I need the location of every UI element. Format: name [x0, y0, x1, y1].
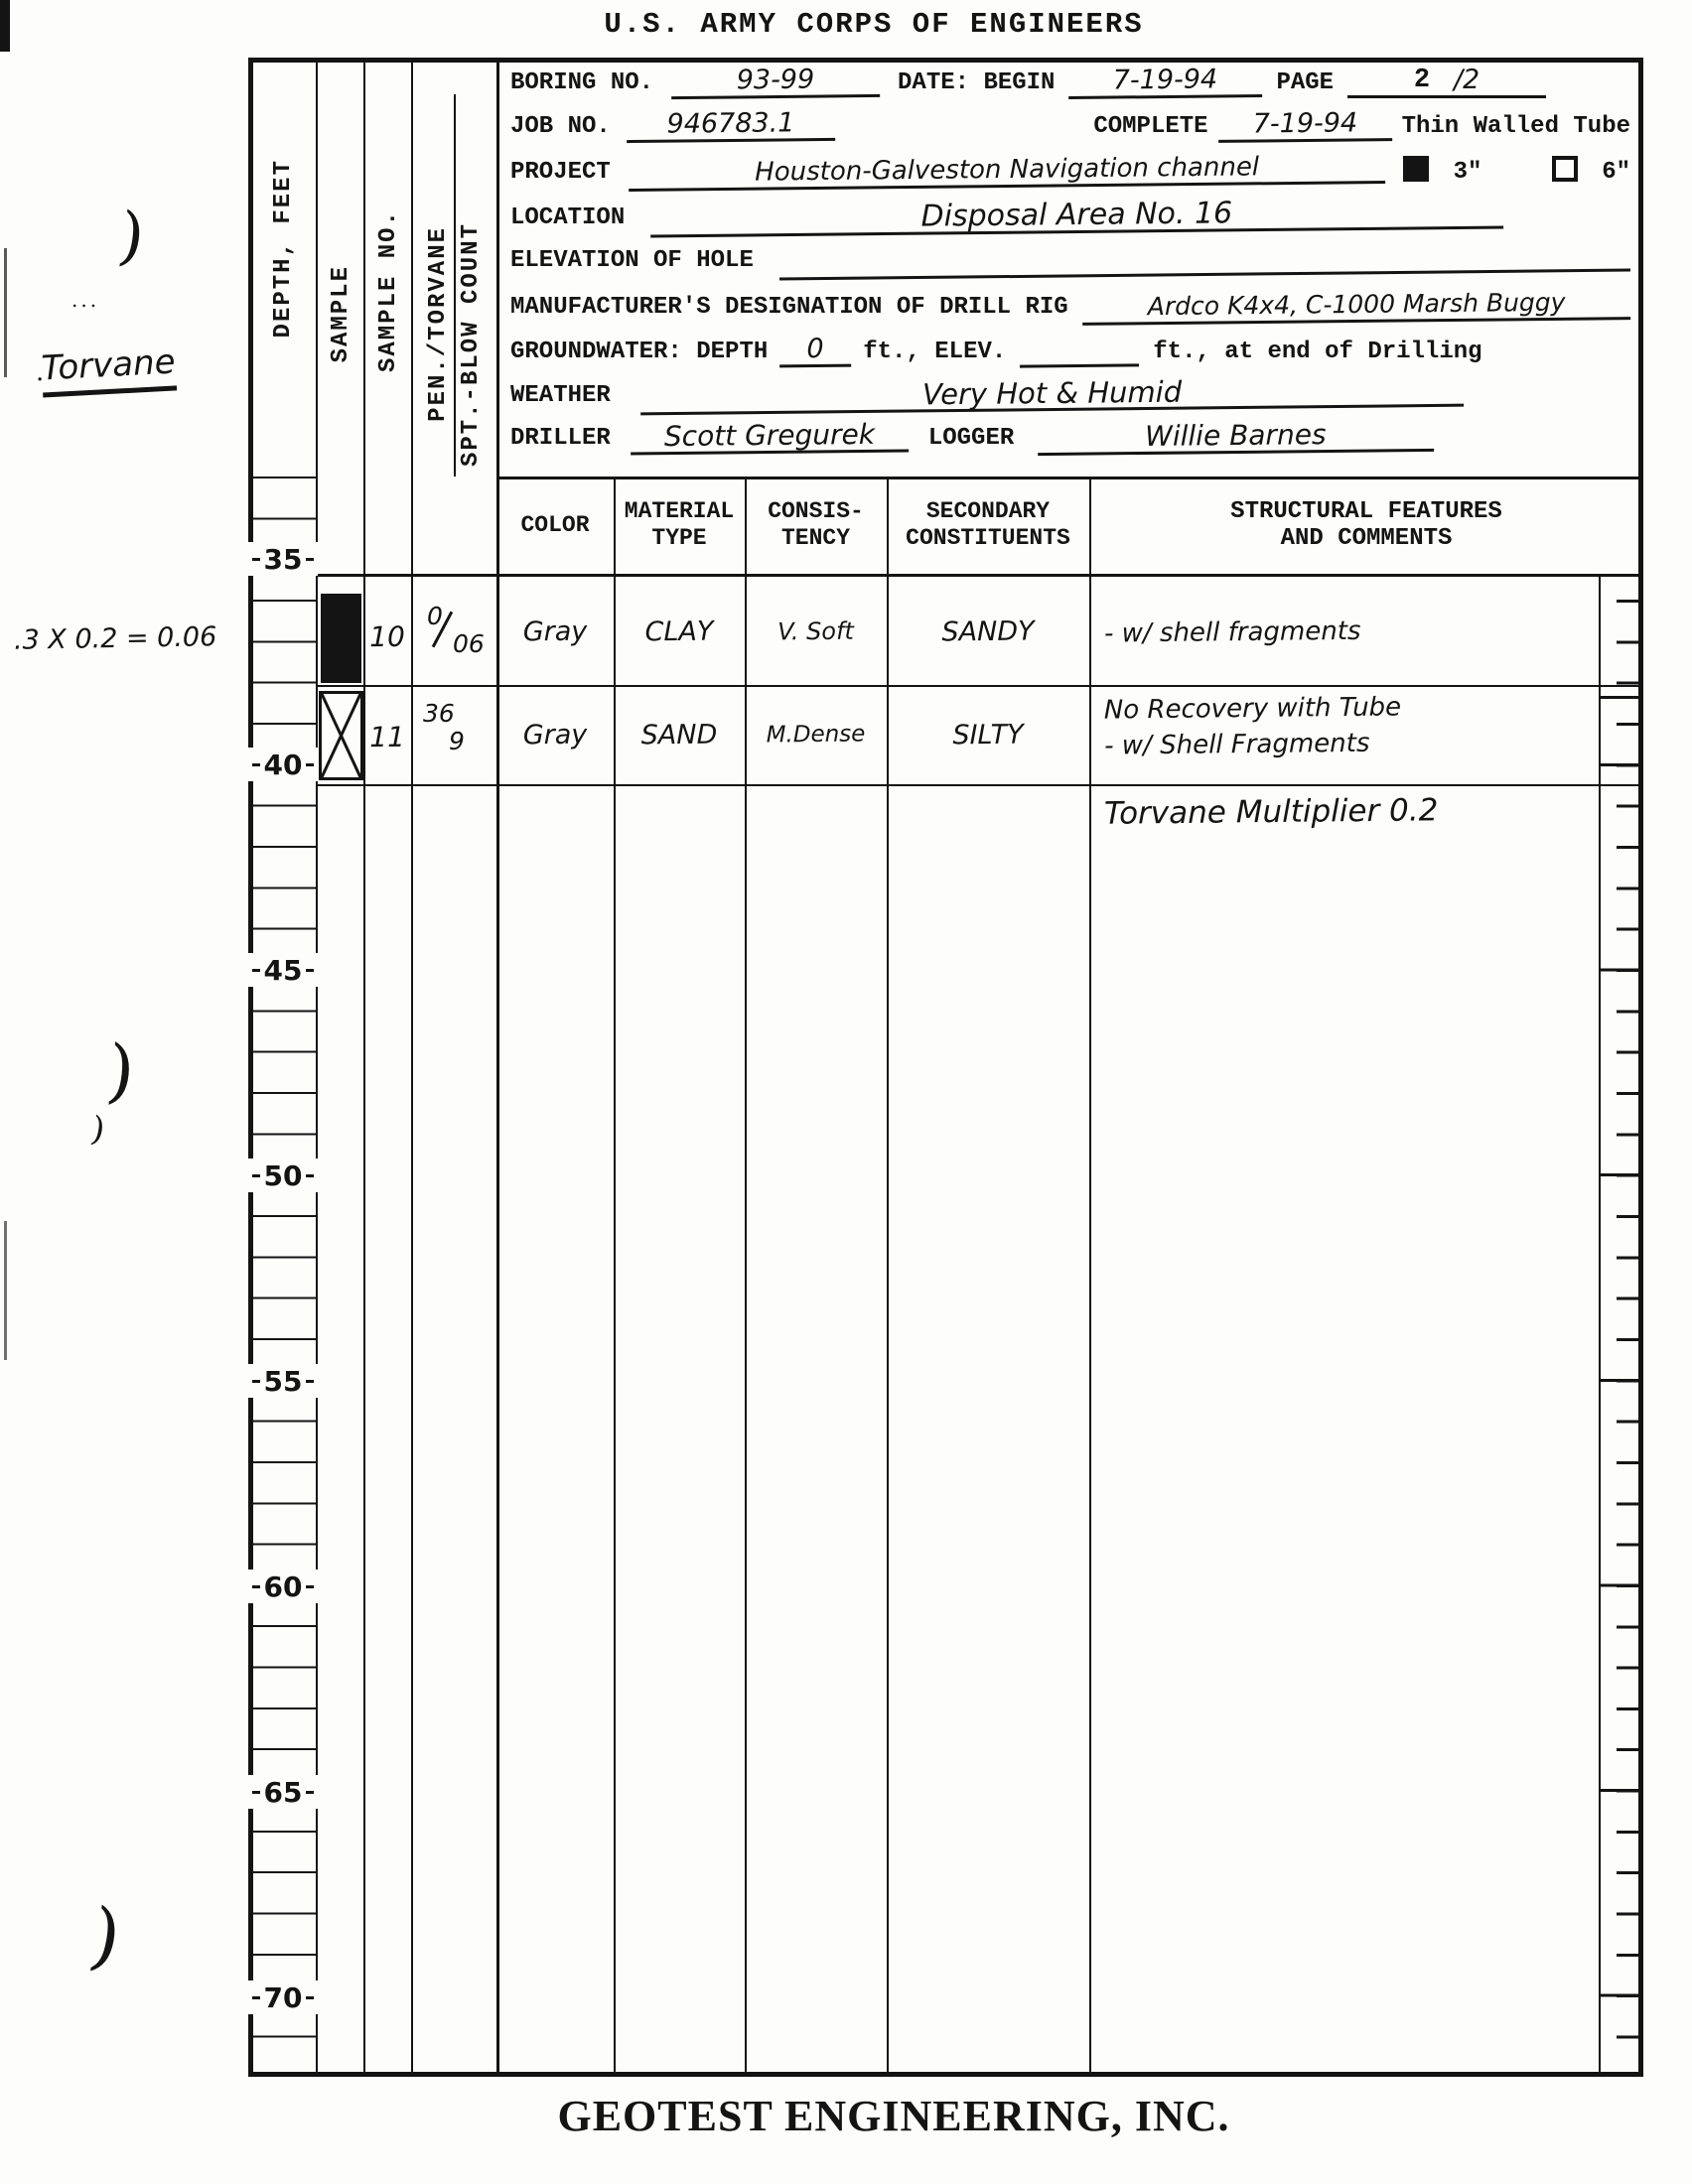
grid-line — [316, 574, 1643, 577]
thin-walled-tube-label: Thin Walled Tube — [1402, 112, 1630, 142]
depth-label-70: 70 — [248, 1980, 318, 2014]
header-material-type: MATERIAL TYPE — [614, 478, 745, 572]
form-line-elevation: ELEVATION OF HOLE — [510, 246, 1630, 276]
sample-label: SAMPLE — [328, 265, 354, 362]
torvane-multiplier-note: Torvane Multiplier 0.2 — [1104, 792, 1439, 832]
margin-torvane-note: Torvane — [41, 342, 177, 398]
boring-no-value: 93-99 — [671, 65, 880, 99]
date-begin-label: DATE: BEGIN — [898, 68, 1055, 98]
tube-3in-label: 3" — [1454, 159, 1482, 186]
depth-feet-label: DEPTH, FEET — [270, 159, 297, 338]
margin-paren-mark: ) — [84, 1892, 127, 1981]
cross-icon — [322, 694, 360, 777]
header-secondary-constituents: SECONDARY CONSTITUENTS — [887, 478, 1089, 572]
scan-edge-artifact — [4, 1221, 7, 1360]
secondary-row1: SANDY — [887, 583, 1090, 680]
groundwater-elev-label: ft., ELEV. — [863, 338, 1006, 367]
margin-paren-mark: ) — [103, 1029, 139, 1113]
depth-ruler — [1599, 574, 1643, 2077]
project-value: Houston-Galveston Navigation channel — [629, 151, 1386, 192]
column-sample-no: SAMPLE NO. — [365, 60, 411, 477]
depth-label-40: 40 — [248, 748, 318, 781]
header-color: COLOR — [496, 478, 614, 572]
spt-blow-count-label: SPT.-BLOW COUNT — [458, 222, 485, 467]
tube-6in-checkbox — [1552, 156, 1578, 182]
grid-line — [496, 58, 499, 2077]
margin-paren-mark-small: ) — [88, 1109, 108, 1151]
groundwater-elev-value — [1020, 363, 1139, 367]
tube-size-options: 3" 6" — [1403, 156, 1630, 188]
grid-line — [316, 784, 1643, 786]
job-no-value: 946783.1 — [627, 108, 835, 143]
form-line-job: JOB NO. 946783.1 COMPLETE 7-19-94 Thin W… — [510, 109, 1630, 142]
pen-spt-divider — [454, 94, 456, 477]
color-row2: Gray — [496, 686, 615, 782]
weather-label: WEATHER — [510, 381, 611, 411]
header-structural-features: STRUCTURAL FEATURES AND COMMENTS — [1089, 478, 1643, 572]
page-title: U.S. ARMY CORPS OF ENGINEERS — [477, 8, 1271, 41]
sample-symbol-no-recovery-row2 — [319, 691, 363, 780]
rig-value: Ardco K4x4, C-1000 Marsh Buggy — [1082, 287, 1631, 326]
weather-value: Very Hot & Humid — [640, 374, 1464, 416]
margin-paren-mark: ) — [114, 200, 149, 276]
tube-6in-label: 6" — [1602, 159, 1630, 186]
groundwater-label: GROUNDWATER: DEPTH — [510, 338, 768, 367]
logger-value: Willie Barnes — [1038, 419, 1434, 456]
form-line-location: LOCATION Disposal Area No. 16 — [510, 201, 1503, 233]
depth-label-45: 45 — [248, 953, 318, 987]
depth-label-65: 65 — [248, 1775, 318, 1809]
groundwater-depth-value: 0 — [779, 335, 851, 368]
page-value: 2 /2 — [1347, 66, 1546, 98]
column-depth-feet: DEPTH, FEET — [250, 60, 316, 477]
tube-3in-checkbox-checked — [1403, 156, 1429, 182]
complete-value: 7-19-94 — [1217, 108, 1391, 143]
depth-label-35: 35 — [248, 542, 318, 576]
page-label: PAGE — [1276, 68, 1334, 98]
header-consistency: CONSIS- TENCY — [745, 478, 887, 572]
sample-no-row2: 11 — [363, 691, 412, 782]
sample-symbol-tube-row1 — [321, 594, 361, 683]
consistency-row1: V. Soft — [745, 583, 888, 679]
groundwater-end-label: ft., at end of Drilling — [1153, 338, 1481, 367]
form-line-boring: BORING NO. 93-99 DATE: BEGIN 7-19-94 PAG… — [510, 66, 1630, 98]
ruler-ticks — [1617, 574, 1643, 2077]
form-line-project: PROJECT Houston-Galveston Navigation cha… — [510, 155, 1630, 188]
depth-label-60: 60 — [248, 1570, 318, 1603]
depth-ladder — [248, 477, 318, 2077]
column-pen-spt: PEN./TORVANE SPT.-BLOW COUNT — [413, 60, 496, 477]
elevation-label: ELEVATION OF HOLE — [510, 246, 754, 276]
boring-log-page: U.S. ARMY CORPS OF ENGINEERS DEPTH, FEET… — [0, 0, 1692, 2184]
margin-dot-mark: . — [36, 357, 44, 387]
rig-label: MANUFACTURER'S DESIGNATION OF DRILL RIG — [510, 293, 1068, 323]
form-line-driller: DRILLER Scott Gregurek LOGGER Willie Bar… — [510, 421, 1434, 454]
boring-no-label: BORING NO. — [510, 68, 653, 98]
margin-calc-note: .3 X 0.2 = 0.06 — [14, 621, 217, 656]
project-label: PROJECT — [510, 158, 611, 188]
material-row2: SAND — [614, 686, 746, 782]
sample-no-row1: 10 — [363, 591, 412, 682]
secondary-row2: SILTY — [887, 686, 1090, 783]
form-line-weather: WEATHER Very Hot & Humid — [510, 378, 1464, 411]
company-footer: GEOTEST ENGINEERING, INC. — [447, 2091, 1340, 2141]
scan-edge-artifact — [0, 0, 10, 52]
color-row1: Gray — [496, 583, 615, 679]
comments-row2: No Recovery with Tube - w/ Shell Fragmen… — [1104, 689, 1402, 763]
logger-label: LOGGER — [928, 424, 1014, 454]
depth-label-50: 50 — [248, 1159, 318, 1192]
driller-label: DRILLER — [510, 424, 611, 454]
location-label: LOCATION — [510, 204, 625, 233]
comments-row1: - w/ shell fragments — [1104, 581, 1582, 681]
grid-line — [1089, 477, 1091, 2077]
location-value: Disposal Area No. 16 — [650, 197, 1503, 238]
date-begin-value: 7-19-94 — [1068, 65, 1262, 99]
job-no-label: JOB NO. — [510, 112, 611, 142]
complete-label: COMPLETE — [1093, 112, 1207, 142]
form-line-rig: MANUFACTURER'S DESIGNATION OF DRILL RIG … — [510, 290, 1630, 323]
consistency-row2: M.Dense — [745, 686, 888, 782]
material-row1: CLAY — [614, 583, 746, 679]
sample-no-label: SAMPLE NO. — [375, 209, 402, 372]
form-line-groundwater: GROUNDWATER: DEPTH 0 ft., ELEV. ft., at … — [510, 335, 1630, 367]
margin-dots-mark: ... — [71, 288, 99, 312]
pen-torvane-label: PEN./TORVANE — [425, 226, 452, 422]
column-sample: SAMPLE — [318, 60, 363, 477]
scan-edge-artifact — [4, 248, 7, 377]
driller-value: Scott Gregurek — [631, 420, 909, 456]
depth-label-55: 55 — [248, 1364, 318, 1398]
